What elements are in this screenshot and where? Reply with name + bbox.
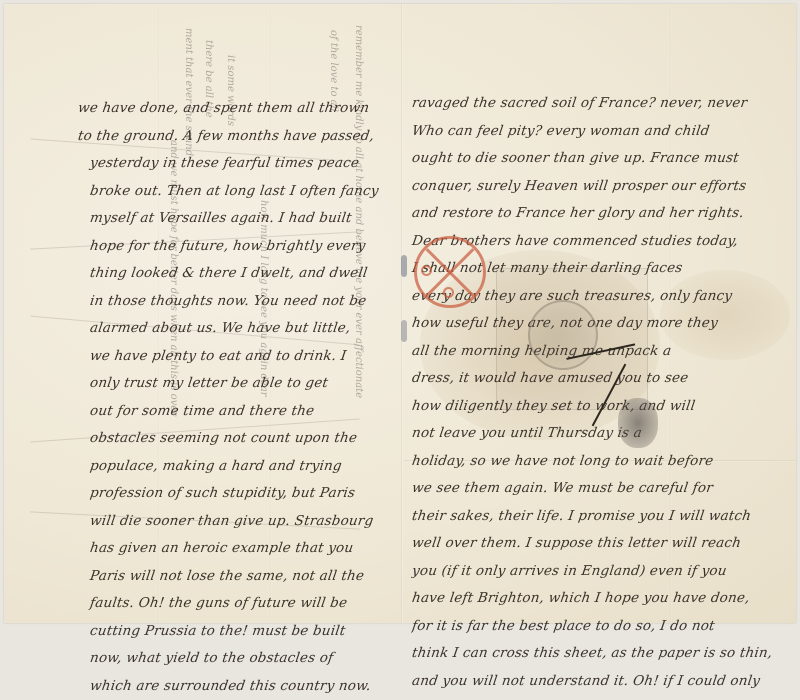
text-line: how useful they are, not one day more th… bbox=[410, 310, 794, 338]
text-line: Paris will not lose the same, not all th… bbox=[58, 563, 392, 591]
ink-blot bbox=[401, 320, 407, 342]
text-line: we have plenty to eat and to drink. I bbox=[58, 343, 392, 371]
text-line: we have done, and spent them all thrown bbox=[58, 95, 392, 123]
text-line: their sakes, their life. I promise you I… bbox=[410, 503, 794, 531]
text-line: not leave you until Thursday is a bbox=[410, 420, 794, 448]
text-line: obstacles seeming not count upon the bbox=[58, 425, 392, 453]
text-line: Who can feel pity? every woman and child bbox=[410, 118, 794, 146]
postmark-red-icon bbox=[414, 236, 486, 308]
text-line: cutting Prussia to the! must be built bbox=[58, 618, 392, 628]
text-line: alarmed about us. We have but little, bbox=[58, 315, 392, 343]
text-line: faults. Oh! the guns of future will be bbox=[58, 590, 392, 618]
text-line: will die sooner than give up. Strasbourg bbox=[58, 508, 392, 536]
text-line: and restore to France her glory and her … bbox=[410, 200, 794, 228]
text-line: well over them. I suppose this letter wi… bbox=[410, 530, 794, 558]
text-line: holiday, so we have not long to wait bef… bbox=[410, 448, 794, 476]
text-line: profession of such stupidity, but Paris bbox=[58, 480, 392, 508]
text-line: only trust my letter be able to get bbox=[58, 370, 392, 398]
text-line: out for some time and there the bbox=[58, 398, 392, 426]
text-line: to the ground. A few months have passed, bbox=[58, 123, 392, 151]
left-page-text: we have done, and spent them all thrown … bbox=[60, 95, 390, 627]
text-line: conquer, surely Heaven will prosper our … bbox=[410, 173, 794, 201]
text-line: broke out. Then at long last I often fan… bbox=[58, 178, 392, 206]
text-line: in those thoughts now. You need not be bbox=[58, 288, 392, 316]
text-line: yesterday in these fearful times peace bbox=[58, 150, 392, 178]
text-line: thing looked & there I dwelt, and dwell bbox=[58, 260, 392, 288]
text-line: ought to die sooner than give up. France… bbox=[410, 145, 794, 173]
text-line: populace, making a hard and trying bbox=[58, 453, 392, 481]
text-line: ravaged the sacred soil of France? never… bbox=[410, 90, 794, 118]
text-line: for it is far the best place to do so, I… bbox=[410, 613, 794, 628]
text-line: myself at Versailles again. I had built bbox=[58, 205, 392, 233]
postmark-dot bbox=[421, 265, 432, 276]
center-fold bbox=[401, 4, 403, 623]
text-line: hope for the future, how brightly every bbox=[58, 233, 392, 261]
postmark-dot bbox=[443, 287, 454, 298]
text-line: have left Brighton, which I hope you hav… bbox=[410, 585, 794, 613]
ink-blot bbox=[401, 255, 407, 277]
text-line: has given an heroic example that you bbox=[58, 535, 392, 563]
text-line: we see them again. We must be careful fo… bbox=[410, 475, 794, 503]
text-line: you (if it only arrives in England) even… bbox=[410, 558, 794, 586]
